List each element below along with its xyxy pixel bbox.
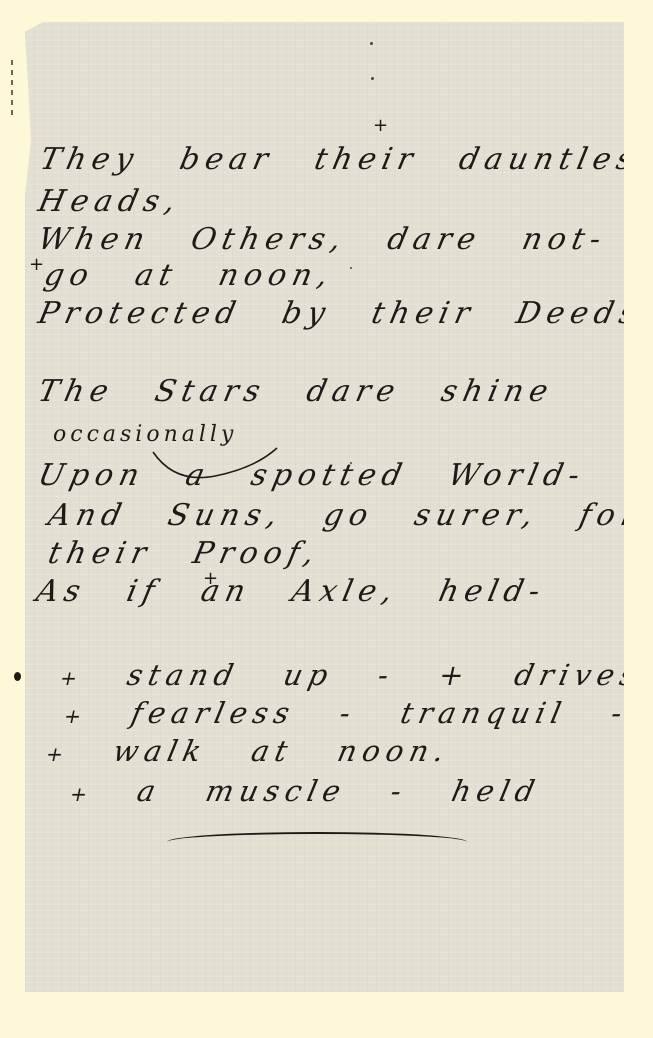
variant-text: stand up - + drives- [124,658,653,692]
poem-line: When Others, dare not- [35,222,610,257]
variant-line: +fearless - tranquil - [61,696,631,730]
interlinear-insertion: occasionally [53,422,237,447]
closing-rule-line [167,832,467,842]
variant-text: walk at noon. [110,734,453,768]
poem-line: As if an Axle, held- [33,574,549,609]
manuscript-page: + They bear their dauntless Heads, When … [25,22,624,992]
variant-line: +walk at noon. [43,734,453,768]
variant-text: a muscle - held [134,774,543,808]
insertion-mark: + [29,254,44,275]
margin-tick-marks [11,60,13,116]
poem-line: And Suns, go surer, for [45,498,645,533]
ink-blot [14,672,21,681]
ink-speck [371,77,374,80]
variant-plus-mark: + [44,742,66,766]
variant-plus-mark: + [68,782,90,806]
variant-line: +a muscle - held [67,774,543,808]
poem-line: The Stars dare shine [35,374,557,409]
ink-speck [625,504,627,506]
poem-line: go at noon, [41,258,337,293]
variant-plus-mark: + [58,666,80,690]
insertion-mark: + [373,115,388,136]
poem-line: Protected by their Deeds- [35,296,653,331]
poem-line: Upon a spotted World- [35,458,589,493]
ink-speck [350,267,352,269]
variant-line: +stand up - + drives- [57,658,653,692]
variant-plus-mark: + [62,704,84,728]
poem-line: their Proof, [45,536,323,571]
variant-text: fearless - tranquil - [128,696,631,730]
poem-line: They bear their dauntless [37,142,653,177]
poem-line: Heads, [35,184,184,219]
ink-speck [370,42,373,45]
